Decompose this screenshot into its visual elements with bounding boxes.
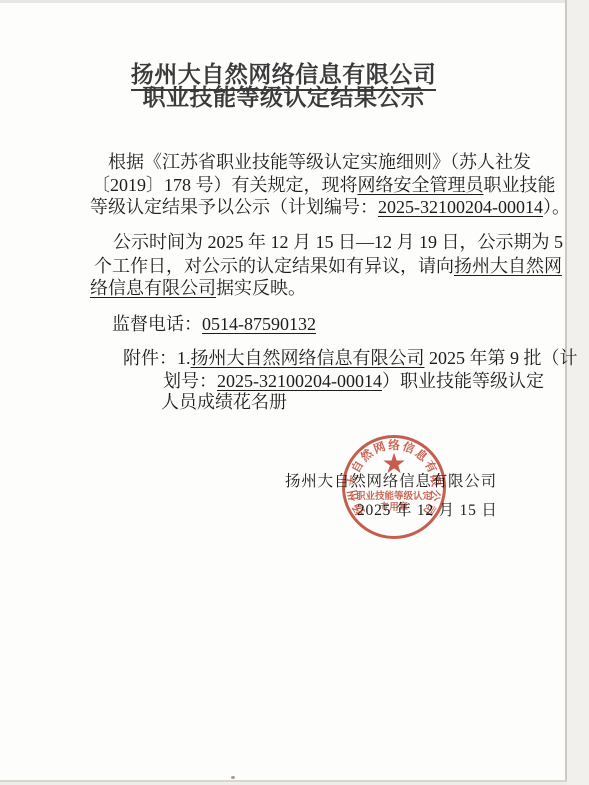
attachment-label: 附件：1. — [123, 348, 191, 368]
text-segment: 个工作日，对公示的认定结果如有异议，请向 — [94, 256, 454, 276]
para2-line1: 公示时间为 2025 年 12 月 15 日—12 月 19 日，公示期为 5 — [113, 231, 563, 253]
text-segment: ）。 — [543, 197, 570, 217]
para2-line3: 络信息有限公司据实反映。 — [90, 277, 306, 299]
text-segment: 〔2019〕178 号）有关规定，现将 — [92, 175, 358, 195]
text-segment: 公示时间为 2025 年 12 月 15 日—12 月 19 日，公示期为 5 — [113, 232, 563, 252]
scan-edge-top — [0, 0, 589, 3]
text-segment: 根据《江苏省职业技能等级认定实施细则》（苏人社发 — [108, 152, 531, 172]
para1-line2: 〔2019〕178 号）有关规定，现将网络安全管理员职业技能 — [92, 174, 556, 196]
title-line2: 职业技能等级认定结果公示 — [0, 87, 567, 110]
company-name-underlined: 扬州大自然网 — [454, 256, 562, 276]
company-name-underlined: 络信息有限公司 — [90, 278, 216, 298]
plan-number-underlined: 2025-32100204-00014 — [217, 371, 382, 391]
plan-number-underlined: 2025-32100204-00014 — [378, 197, 543, 217]
scanned-announcement-page: 扬州大自然网络信息有限公司 职业技能等级认定结果公示 根据《江苏省职业技能等级认… — [0, 0, 589, 785]
signature-company: 扬州大自然网络信息有限公司 — [285, 472, 497, 491]
phone-number-underlined: 0514-87590132 — [202, 314, 316, 334]
text-segment: ）职业技能等级认定 — [382, 371, 544, 391]
text-segment: 人员成绩花名册 — [161, 392, 287, 412]
para1-line3: 等级认定结果予以公示（计划编号：2025-32100204-00014）。 — [90, 196, 570, 218]
para1-line1: 根据《江苏省职业技能等级认定实施细则》（苏人社发 — [108, 151, 531, 173]
supervision-phone-line: 监督电话：0514-87590132 — [112, 313, 316, 335]
attachment-line3: 人员成绩花名册 — [161, 391, 287, 413]
text-segment: 划号： — [163, 371, 217, 391]
text-segment: 等级认定结果予以公示（计划编号： — [90, 197, 378, 217]
phone-label: 监督电话： — [112, 314, 202, 334]
occupation-name-underlined: 网络安全管理员 — [358, 175, 484, 195]
para2-line2: 个工作日，对公示的认定结果如有异议，请向扬州大自然网 — [94, 255, 562, 277]
document-title: 扬州大自然网络信息有限公司 职业技能等级认定结果公示 — [0, 64, 567, 110]
text-segment: 2025 年第 9 批（计 — [425, 348, 578, 368]
text-segment: 职业技能 — [484, 175, 556, 195]
text-segment: 据实反映。 — [216, 278, 306, 298]
page-right-edge-line — [565, 0, 567, 785]
scan-speck — [231, 776, 235, 779]
attachment-line2: 划号：2025-32100204-00014）职业技能等级认定 — [163, 370, 544, 392]
title-line1: 扬州大自然网络信息有限公司 — [0, 64, 567, 87]
scan-edge-right — [567, 0, 589, 785]
signature-date: 2025 年 12 月 15 日 — [357, 501, 498, 520]
company-name-underlined: 扬州大自然网络信息有限公司 — [191, 348, 425, 368]
page-bottom-edge-line — [0, 780, 567, 782]
attachment-line1: 附件：1.扬州大自然网络信息有限公司 2025 年第 9 批（计 — [123, 347, 578, 369]
